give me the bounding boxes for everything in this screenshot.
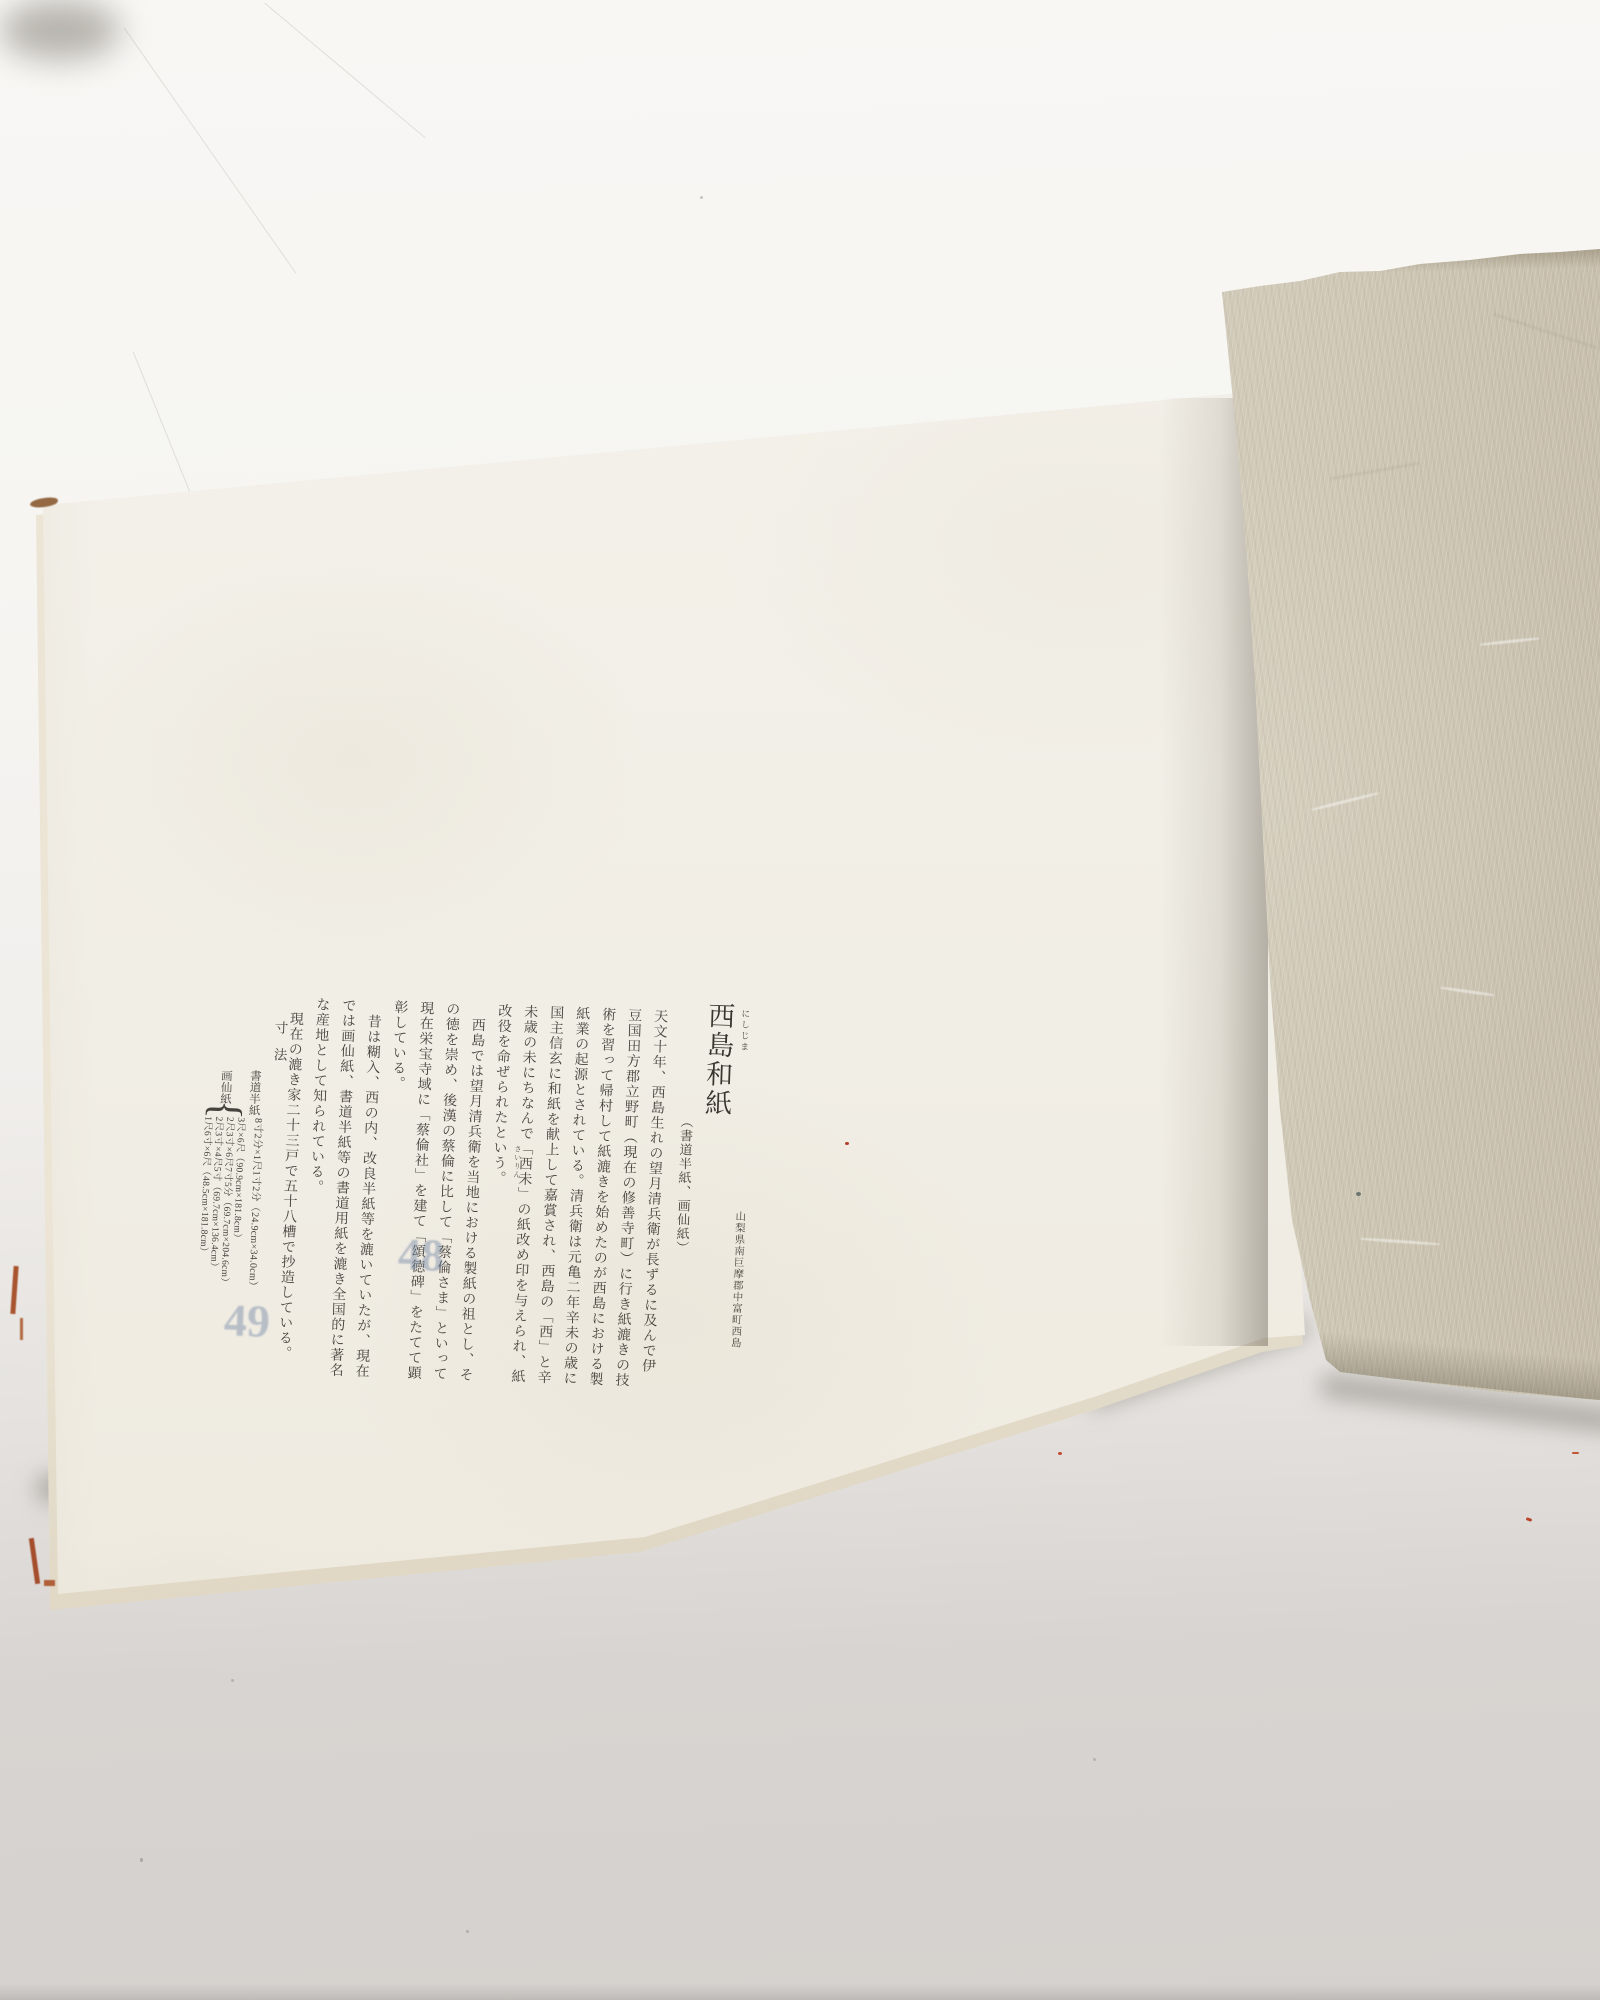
red-edge-mark	[20, 1318, 23, 1340]
paper-fiber	[1360, 1237, 1440, 1246]
bleed-page-number-48: 48	[397, 1227, 445, 1282]
printed-text-block: 西島和紙 にしじま （書道半紙、画仙紙） 山梨県南巨摩郡中富町西島 天文十年、西…	[135, 974, 770, 1425]
sairin-furigana: さいりん	[511, 1145, 523, 1179]
production-region-note: 山梨県南巨摩郡中富町西島	[728, 1211, 748, 1349]
paper-crease	[1492, 313, 1597, 349]
book-photo-stage: 西島和紙 にしじま （書道半紙、画仙紙） 山梨県南巨摩郡中富町西島 天文十年、西…	[0, 0, 1600, 2000]
bottom-vignette	[0, 1984, 1600, 2000]
table-speck	[140, 1858, 143, 1862]
table-speck	[466, 1930, 469, 1933]
sizes-heading: 寸 法	[268, 1020, 289, 1061]
red-edge-mark	[44, 1580, 55, 1586]
bleed-page-number-49: 49	[223, 1293, 271, 1348]
paper-crease	[1331, 462, 1420, 480]
red-edge-mark	[29, 1538, 40, 1584]
paper-fiber	[1480, 637, 1540, 646]
dust-speck	[700, 196, 703, 199]
title-paper-types-note: （書道半紙、画仙紙）	[672, 1115, 696, 1256]
table-speck	[231, 1679, 234, 1682]
paper-fiber	[1440, 986, 1495, 997]
paper-fiber	[1311, 792, 1380, 812]
title-furigana: にしじま	[738, 1009, 753, 1053]
page-title: 西島和紙	[697, 1001, 740, 1118]
backdrop-scratch	[264, 3, 426, 139]
table-speck	[1093, 1758, 1096, 1761]
body-text-columns: 天文十年、西島生れの望月清兵衛が長ずるに及んで伊 豆国田方郡立野町（現在の修善寺…	[269, 996, 673, 1407]
red-speck	[1572, 1452, 1579, 1454]
red-speck	[845, 1142, 849, 1145]
red-edge-mark	[10, 1266, 18, 1314]
paper-speck	[1356, 1192, 1361, 1196]
red-speck	[1526, 1517, 1533, 1522]
shodohanshi-size: 8寸2分×1尺1寸2分（24.9cm×34.0cm）	[246, 1118, 267, 1292]
backdrop-scratch	[133, 352, 198, 510]
sample-paper-corner-shadow	[0, 0, 120, 60]
sample-paper-deckle-edge	[1215, 242, 1600, 276]
backdrop-scratch	[124, 27, 297, 273]
red-speck	[1058, 1452, 1062, 1455]
